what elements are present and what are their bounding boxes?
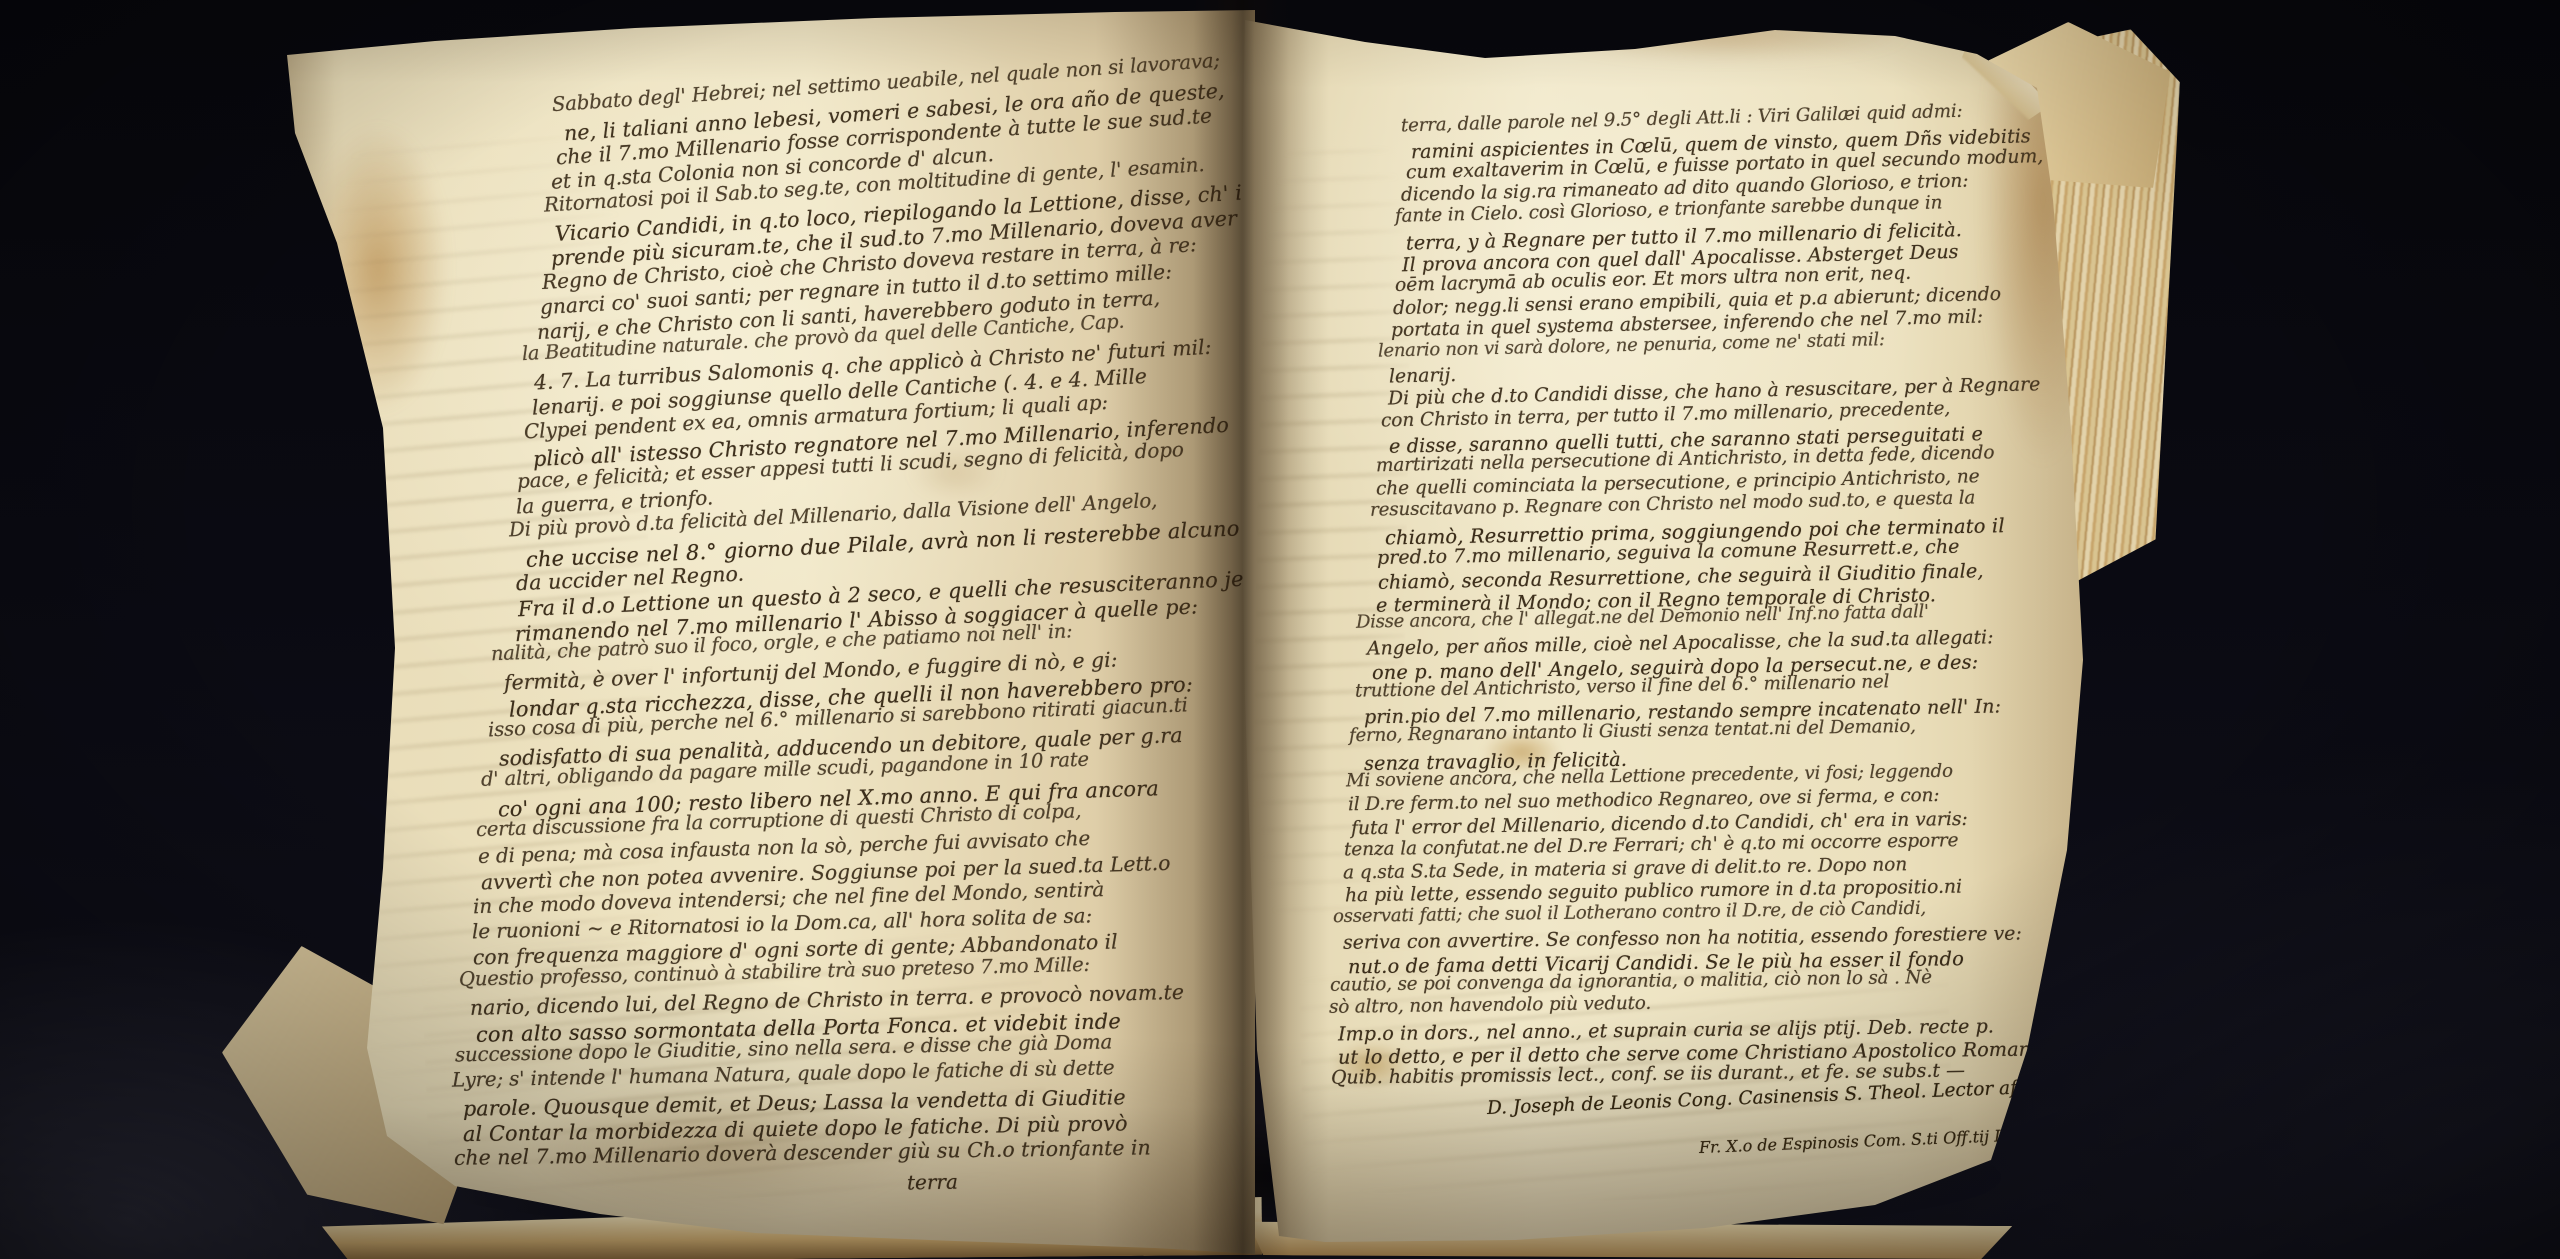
left-page: Sabbato degl' Hebrei; nel settimo ueabil… bbox=[255, 8, 1255, 1256]
catchword: terra bbox=[907, 1170, 958, 1195]
manuscript-photo: Sabbato degl' Hebrei; nel settimo ueabil… bbox=[0, 0, 2560, 1259]
left-page-text: Sabbato degl' Hebrei; nel settimo ueabil… bbox=[255, 8, 1255, 1256]
signature-line: Fr. X.o de Espinosis Com. S.ti Off.tij I… bbox=[1699, 1125, 2044, 1157]
